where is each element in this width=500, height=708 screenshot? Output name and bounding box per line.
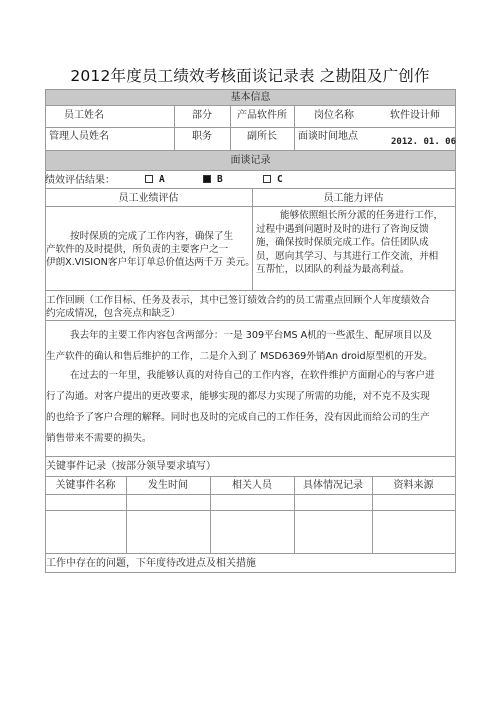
employee-name-label: 员工姓名 xyxy=(64,109,104,122)
issues-label: 工作中存在的问题，下年度待改进点及相关措施 xyxy=(46,557,256,570)
divider xyxy=(45,456,456,457)
divider xyxy=(45,476,456,477)
job-title-label: 职务 xyxy=(174,130,230,143)
column-header-event-name: 关键事件名称 xyxy=(45,479,126,492)
divider xyxy=(45,290,456,291)
divider xyxy=(45,105,456,106)
table-row[interactable] xyxy=(45,494,456,510)
page-title: 2012年度员工绩效考核面谈记录表 之勘阻及广创作 xyxy=(0,64,500,86)
table-row[interactable] xyxy=(45,510,456,553)
department-label: 部分 xyxy=(174,109,230,122)
department-value: 产品软件所 xyxy=(230,109,294,122)
rating-option-a[interactable]: A xyxy=(145,174,165,185)
divider xyxy=(45,553,456,554)
divider xyxy=(45,170,456,171)
work-review-label: 工作回顾（工作目标、任务及表示，其中已签订绩效合约的员工需重点回顾个人年度绩效合… xyxy=(46,294,455,320)
ability-eval-text: 能够依照组长所分派的任务进行工作， 过程中遇到问题时及时的进行了咨询反馈 施，确… xyxy=(256,209,455,277)
divider xyxy=(45,89,456,90)
position-value: 软件设计师 xyxy=(390,109,440,122)
checkbox-checked-icon[interactable] xyxy=(203,175,211,183)
job-title-value: 副所长 xyxy=(230,130,294,143)
rating-option-b[interactable]: B xyxy=(203,174,223,185)
key-events-label: 关键事件记录（按部分领导要求填写） xyxy=(46,460,216,473)
checkbox-unchecked-icon[interactable] xyxy=(145,175,153,183)
divider xyxy=(45,150,456,151)
interview-heading: 面谈记录 xyxy=(45,154,456,167)
work-review-paragraph-1: 我去年的主要工作内容包含两部分：一是 309平台MS A机的一些派生、配屏项目以… xyxy=(46,325,455,367)
rating-label: 绩效评估结果： xyxy=(45,174,115,187)
divider xyxy=(45,572,456,573)
divider xyxy=(45,206,456,207)
column-header-time: 发生时间 xyxy=(126,479,210,492)
divider xyxy=(45,127,456,128)
column-header-source: 资料来源 xyxy=(372,479,455,492)
work-review-paragraph-2: 在过去的一年里，我能够认真的对待自己的工作内容，在软件维护方面耐心的与客户进 行… xyxy=(46,365,455,449)
basic-info-heading: 基本信息 xyxy=(45,91,456,104)
interview-time-label: 面谈时间地点 xyxy=(298,130,358,143)
column-header-people: 相关人员 xyxy=(210,479,294,492)
interview-time-value: 2012. 01. 06 xyxy=(391,136,456,149)
manager-name-label: 管理人员姓名 xyxy=(49,130,109,143)
position-label: 岗位名称 xyxy=(314,109,354,122)
divider xyxy=(294,105,295,150)
divider xyxy=(45,188,456,189)
divider xyxy=(45,320,456,321)
rating-option-c[interactable]: C xyxy=(263,174,283,185)
performance-eval-text: 按时保质的完成了工作内容，确保了生 产软件的及时提供，所负责的主要客户之一 伊朗… xyxy=(46,230,252,269)
checkbox-unchecked-icon[interactable] xyxy=(263,175,271,183)
column-header-details: 具体情况记录 xyxy=(294,479,372,492)
ability-eval-header: 员工能力评估 xyxy=(252,192,455,205)
performance-eval-header: 员工业绩评估 xyxy=(45,192,252,205)
